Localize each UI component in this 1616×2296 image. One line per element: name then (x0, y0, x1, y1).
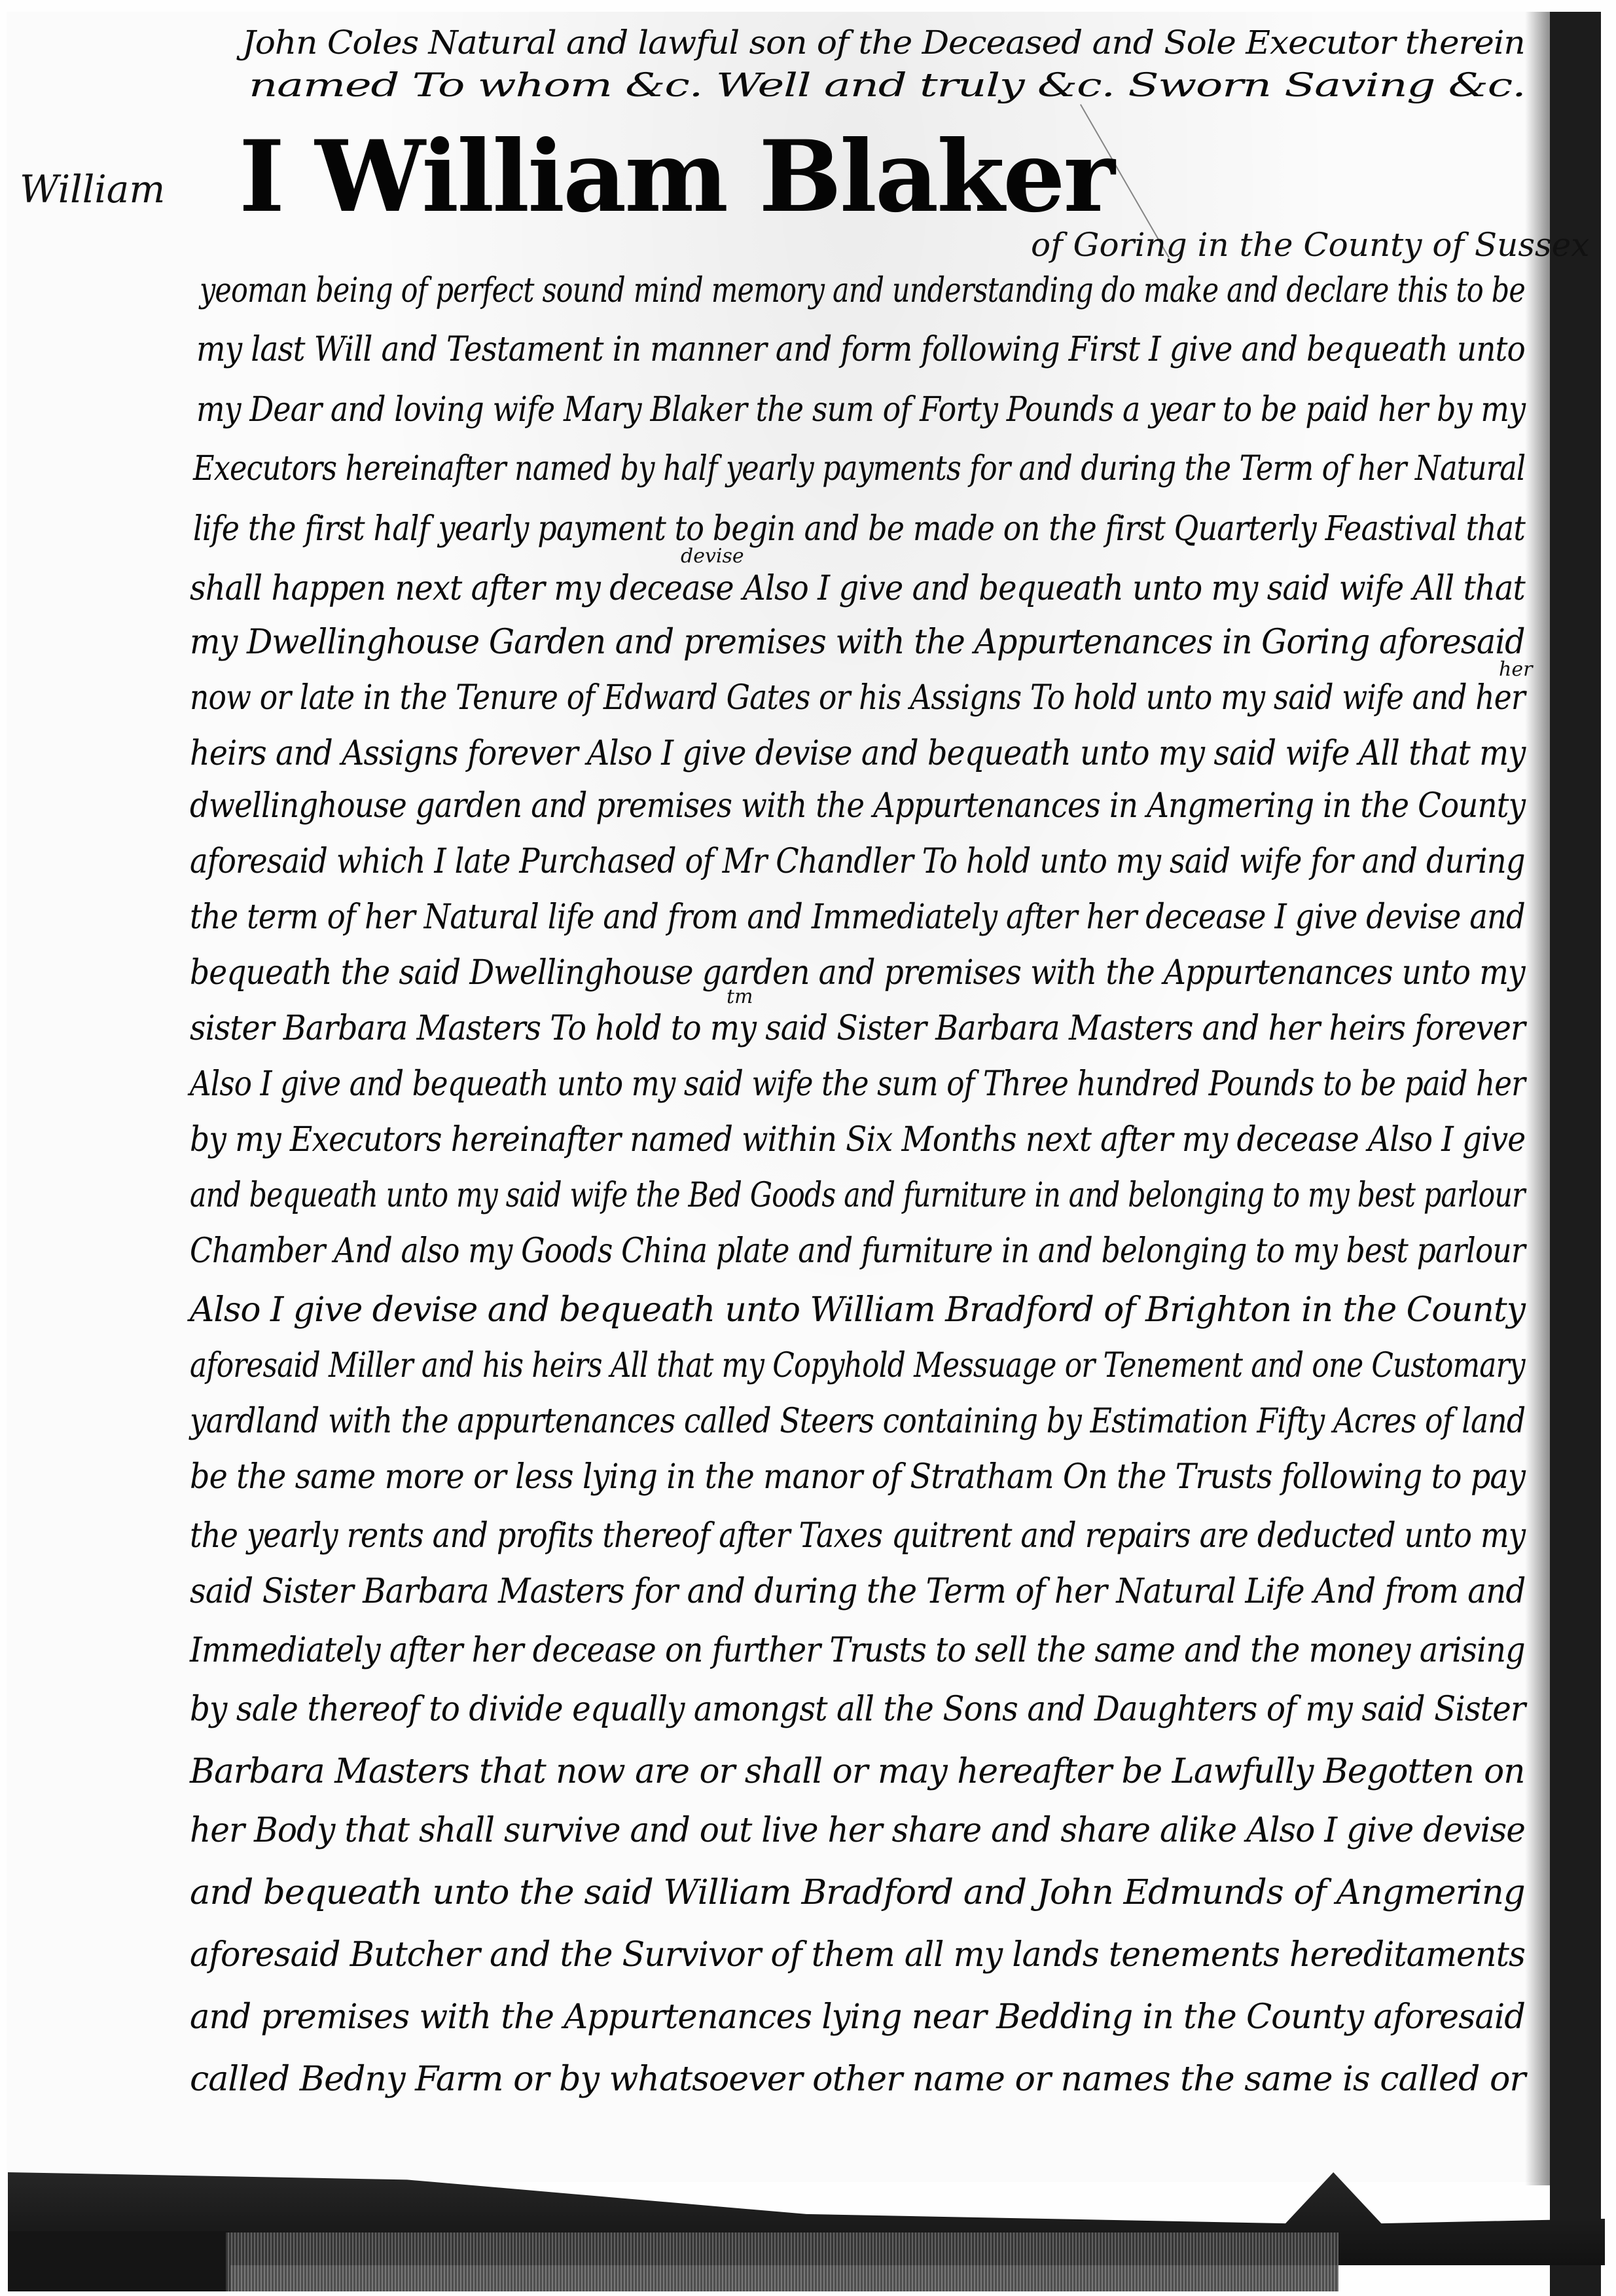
interlinear-insertion: tm (727, 985, 753, 1008)
text-line-22: aforesaid Miller and his heirs All that … (190, 1349, 1525, 1383)
text-line-32: aforesaid Butcher and the Survivor of th… (190, 1938, 1525, 1972)
heading-continuation: of Goring in the County of Sussex (1031, 226, 1589, 264)
text-line-12: dwellinghouse garden and premises with t… (190, 789, 1525, 823)
text-line-11: heirs and Assigns forever Also I give de… (190, 737, 1525, 771)
text-line-6: Executors hereinafter named by half year… (193, 452, 1525, 486)
text-line-27: Immediately after her decease on further… (190, 1633, 1525, 1667)
page-edge-shadow (1525, 12, 1551, 2185)
text-line-21: Also I give devise and bequeath unto Wil… (190, 1293, 1525, 1327)
text-line-30: her Body that shall survive and out live… (190, 1813, 1525, 1848)
text-line-24: be the same more or less lying in the ma… (190, 1460, 1525, 1494)
text-line-4: my last Will and Testament in manner and… (196, 333, 1525, 367)
text-line-33: and premises with the Appurtenances lyin… (190, 2000, 1525, 2034)
testator-heading: I William Blaker (239, 128, 1113, 226)
text-line-34: called Bedny Farm or by whatsoever other… (190, 2062, 1525, 2096)
text-line-26: said Sister Barbara Masters for and duri… (190, 1575, 1525, 1609)
text-line-3: yeoman being of perfect sound mind memor… (200, 274, 1525, 308)
text-line-31: and bequeath unto the said William Bradf… (190, 1876, 1525, 1910)
text-line-16: sister Barbara Masters To hold to my sai… (190, 1011, 1525, 1046)
text-line-29: Barbara Masters that now are or shall or… (190, 1755, 1525, 1789)
text-line-1: John Coles Natural and lawful son of the… (242, 26, 1525, 59)
text-line-17: Also I give and bequeath unto my said wi… (190, 1067, 1525, 1101)
interlinear-insertion: devise (681, 545, 744, 568)
text-line-5: my Dear and loving wife Mary Blaker the … (196, 393, 1525, 427)
text-line-10: now or late in the Tenure of Edward Gate… (190, 681, 1525, 715)
text-line-14: the term of her Natural life and from an… (190, 900, 1525, 934)
text-line-7: life the first half yearly payment to be… (193, 512, 1525, 546)
text-line-28: by sale thereof to divide equally amongs… (190, 1692, 1525, 1726)
text-line-19: and bequeath unto my said wife the Bed G… (190, 1178, 1525, 1212)
scan-noise-band (226, 2232, 1338, 2291)
text-line-25: the yearly rents and profits thereof aft… (190, 1519, 1525, 1553)
interlinear-insertion: her (1499, 658, 1532, 681)
text-line-23: yardland with the appurtenances called S… (190, 1404, 1525, 1438)
scan-dark-block (8, 2231, 230, 2291)
text-line-15: bequeath the said Dwellinghouse garden a… (190, 956, 1525, 990)
text-line-20: Chamber And also my Goods China plate an… (190, 1234, 1525, 1268)
text-line-9: my Dwellinghouse Garden and premises wit… (190, 625, 1525, 659)
margin-name: William (20, 167, 165, 211)
text-line-2: named To whom &c. Well and truly &c. Swo… (249, 69, 1525, 101)
text-line-8: shall happen next after my decease Also … (190, 572, 1525, 606)
scan-dark-border-right (1550, 12, 1601, 2296)
text-line-18: by my Executors hereinafter named within… (190, 1123, 1525, 1157)
scanned-page: John Coles Natural and lawful son of the… (0, 0, 1616, 2296)
text-line-13: aforesaid which I late Purchased of Mr C… (190, 845, 1525, 879)
